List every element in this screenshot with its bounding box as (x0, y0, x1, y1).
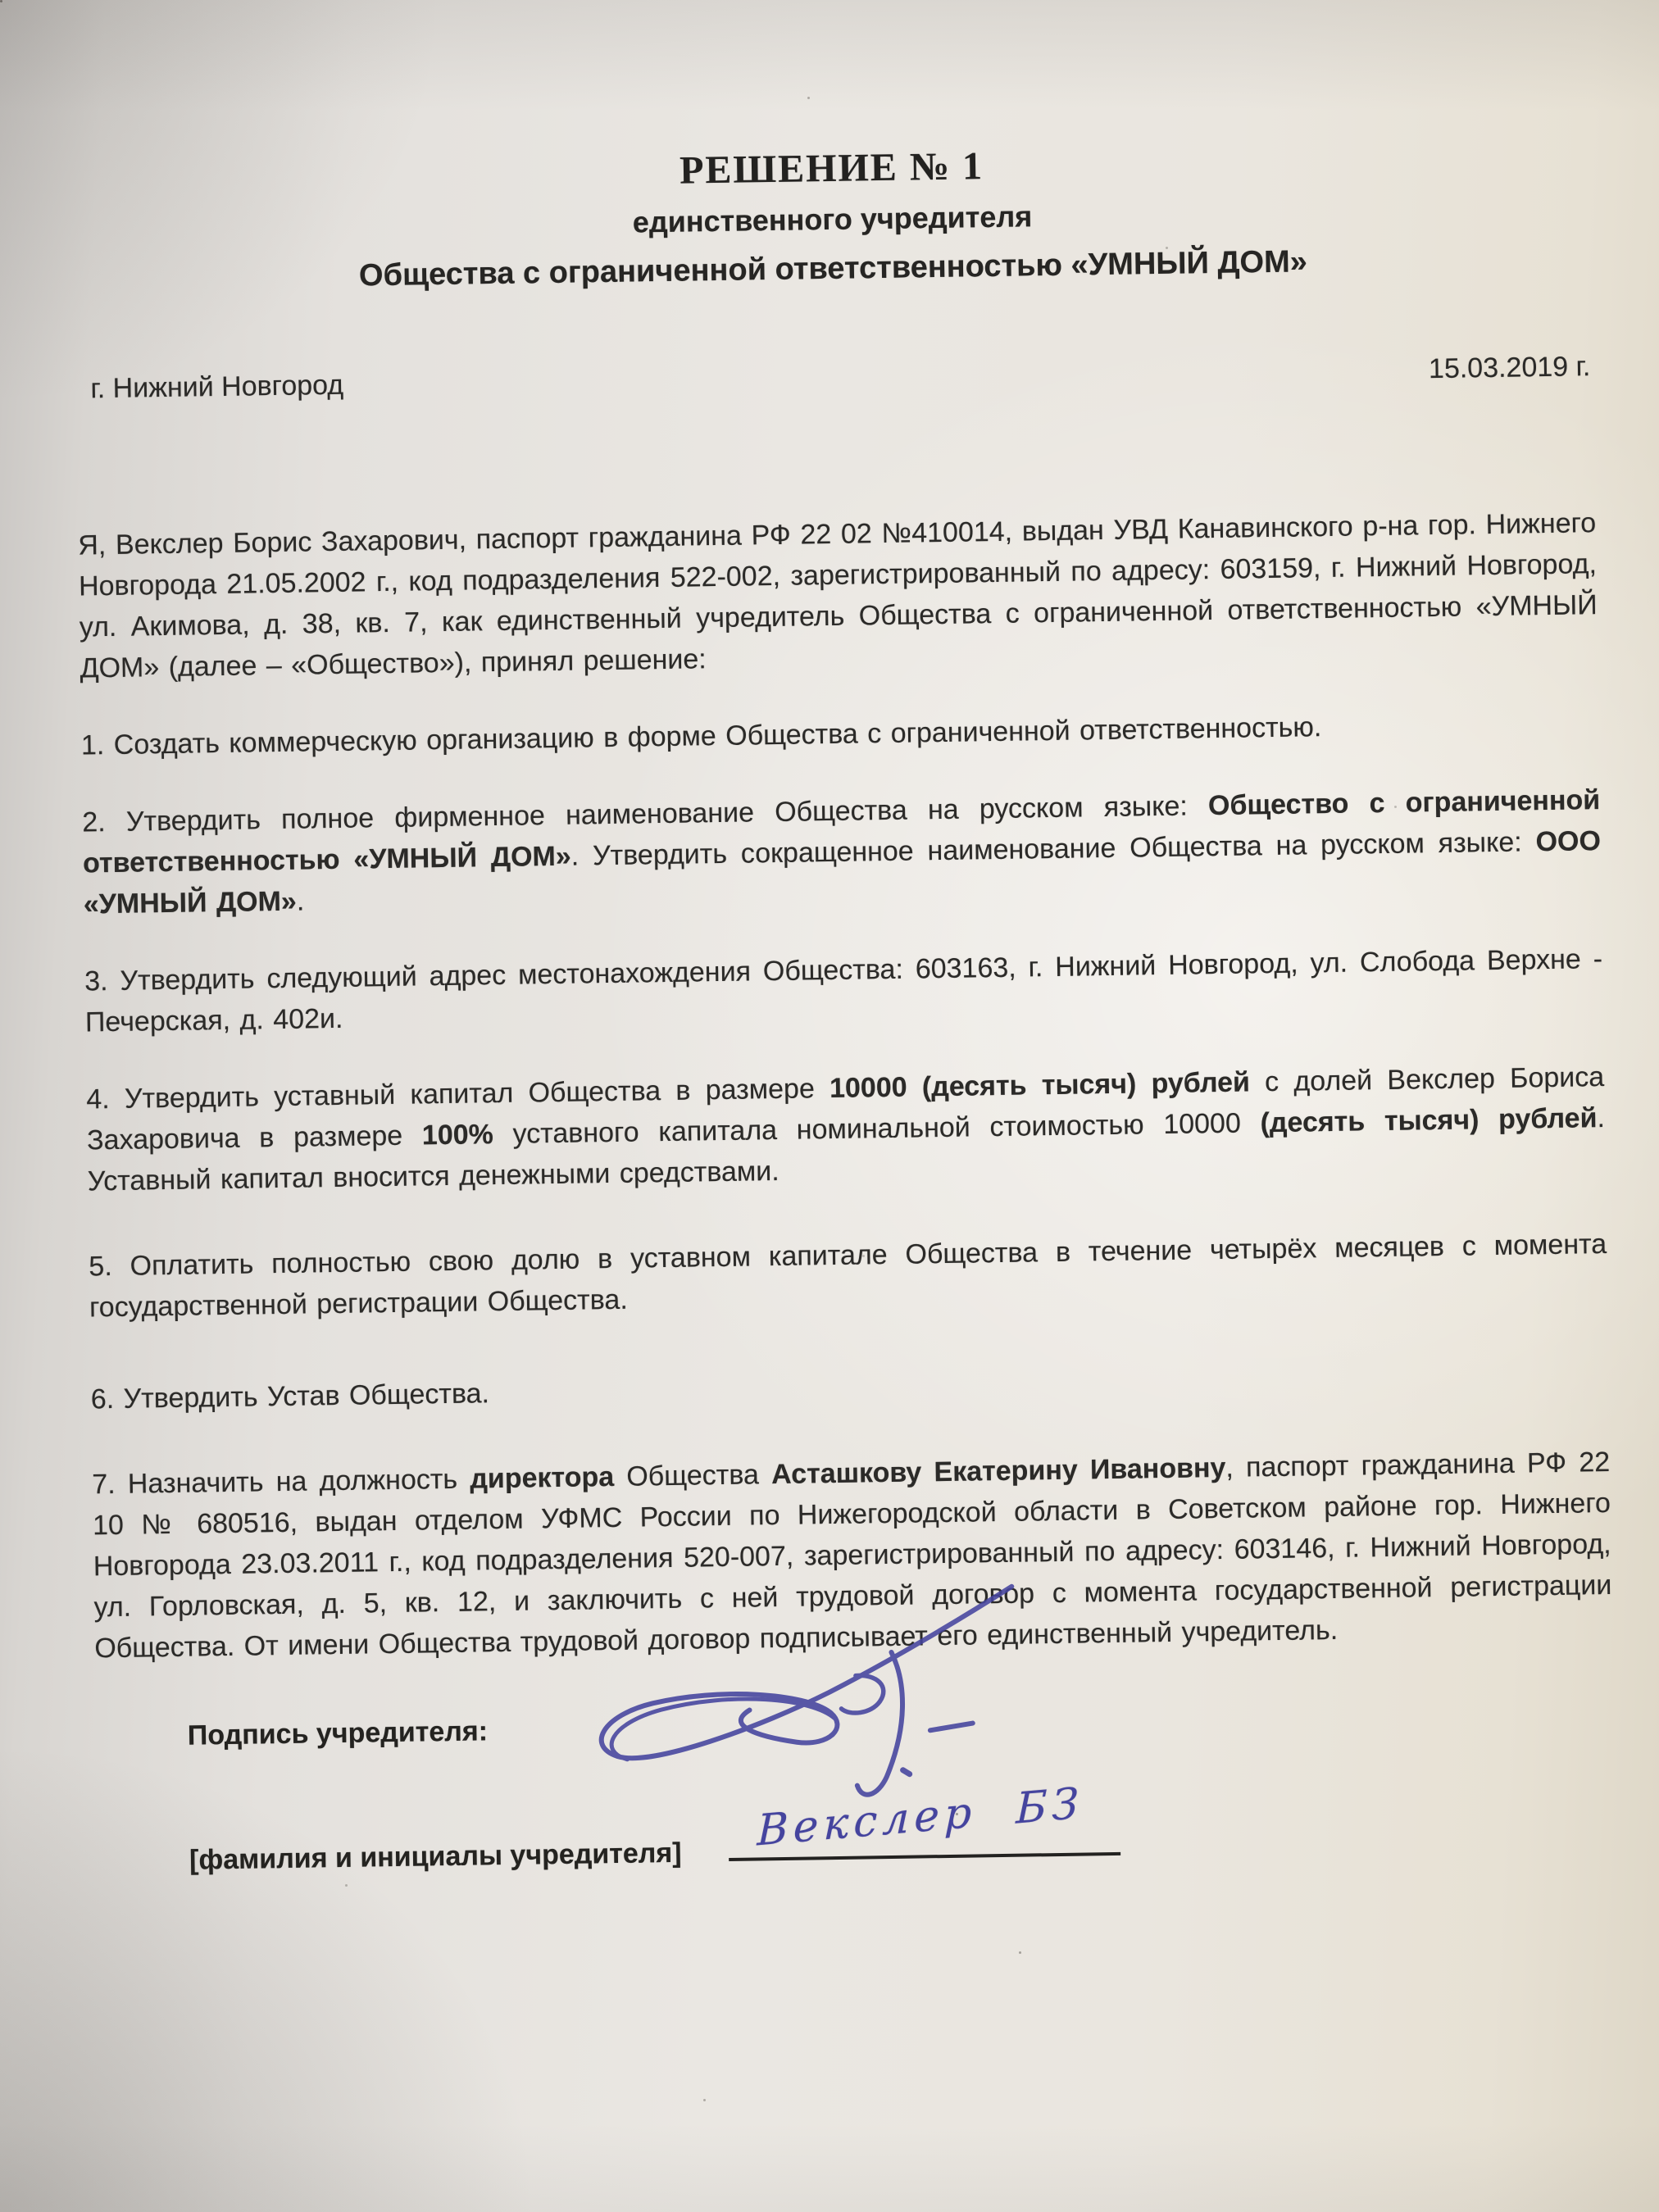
intro-paragraph: Я, Векслер Борис Захарович, паспорт граж… (78, 502, 1598, 688)
document-body: Я, Векслер Борис Захарович, паспорт граж… (78, 502, 1613, 1669)
text-run: 7. Назначить на должность (92, 1464, 470, 1501)
date-label: 15.03.2019 г. (1429, 351, 1594, 385)
document-photo: РЕШЕНИЕ № 1 единственного учредителя Общ… (0, 0, 1659, 2212)
decision-item-6: 6. Утвердить Устав Общества. (90, 1356, 1609, 1419)
dust-specks (0, 0, 2, 2)
signature-label: Подпись учредителя: (188, 1715, 489, 1751)
text-run: 3. Утвердить следующий адрес местонахожд… (84, 943, 1602, 1038)
signature-row: Подпись учредителя: (96, 1699, 1615, 1764)
decision-item-7: 7. Назначить на должность директора Обще… (92, 1442, 1613, 1669)
signature-line: Векслер БЗ (729, 1846, 1120, 1861)
name-label: [фамилия и инициалы учредителя] (189, 1837, 682, 1876)
text-run: 4. Утвердить уставный капитал Общества в… (86, 1073, 829, 1115)
text-run: . (297, 886, 305, 917)
decision-item-3: 3. Утвердить следующий адрес местонахожд… (84, 938, 1603, 1042)
decision-item-5: 5. Оплатить полностью свою долю в уставн… (89, 1224, 1607, 1328)
text-run: . Утвердить сокращенное наименование Общ… (570, 826, 1535, 871)
city-date-row: г. Нижний Новгород 15.03.2019 г. (75, 351, 1593, 405)
founder-name-row: [фамилия и инициалы учредителя]Векслер Б… (98, 1824, 1616, 1911)
decision-item-4: 4. Утвердить уставный капитал Общества в… (86, 1056, 1606, 1201)
text-run: 10000 (десять тысяч) рублей (829, 1066, 1250, 1104)
decision-item-2: 2. Утвердить полное фирменное наименован… (82, 779, 1602, 924)
text-run: 2. Утвердить полное фирменное наименован… (82, 790, 1208, 838)
document-title: РЕШЕНИЕ № 1 (72, 134, 1591, 202)
text-run: Асташкову Екатерину Ивановну (771, 1452, 1226, 1490)
text-run: 5. Оплатить полностью свою долю в уставн… (89, 1229, 1607, 1323)
decision-item-1: 1. Создать коммерческую организацию в фо… (81, 702, 1600, 765)
text-run: уставного капитала номинальной стоимость… (493, 1107, 1261, 1150)
text-run: 1. Создать коммерческую организацию в фо… (81, 711, 1322, 761)
text-run: 6. Утвердить Устав Общества. (90, 1378, 489, 1415)
text-run: (десять тысяч) рублей (1260, 1102, 1597, 1138)
city-label: г. Нижний Новгород (75, 370, 343, 406)
text-run: Общества (614, 1459, 772, 1492)
document-header: РЕШЕНИЕ № 1 единственного учредителя Общ… (72, 134, 1592, 298)
document-subtitle-founder: единственного учредителя (73, 191, 1591, 248)
handwritten-name-ink: Векслер БЗ (757, 1778, 1084, 1855)
paper-page: РЕШЕНИЕ № 1 единственного учредителя Общ… (0, 0, 1659, 1913)
document-subtitle-company: Общества с ограниченной ответственностью… (74, 240, 1592, 298)
text-run: директора (470, 1461, 614, 1495)
text-run: 100% (422, 1119, 494, 1151)
text-run: Я, Векслер Борис Захарович, паспорт граж… (78, 507, 1598, 684)
